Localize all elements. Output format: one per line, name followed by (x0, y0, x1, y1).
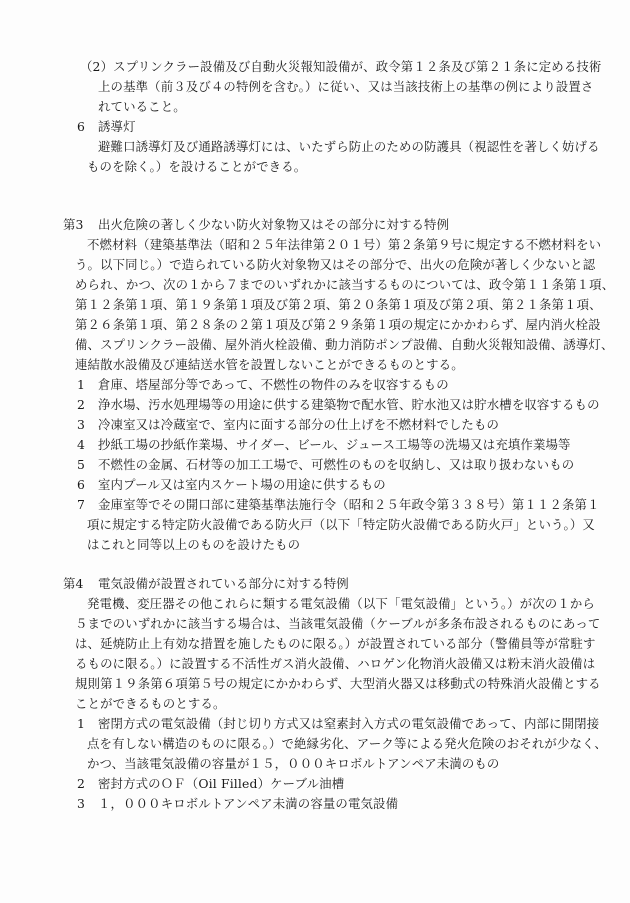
section-3-item-7-line-3: はこれと同等以上のものを設けたもの (87, 537, 300, 553)
section-3-body-line-6: 備、スプリンクラー設備、屋外消火栓設備、動力消防ポンプ設備、自動火災報知設備、誘… (75, 337, 614, 353)
section-4-body-line-5: 規則第１９条第６項第５号の規定にかかわらず、大型消火器又は移動式の特殊消火設備と… (75, 676, 601, 692)
section-3-body-line-5: 第２６条第１項、第２８条の２第１項及び第２９条第１項の規定にかかわらず、屋内消火… (75, 317, 601, 333)
section-6-body-line-2: ものを除く。）を設けることができる。 (87, 159, 306, 175)
section-4-item-2-number: 2 (77, 776, 85, 792)
section-6-title: 誘導灯 (98, 119, 136, 135)
section-3-item-5-text: 不燃性の金属、石材等の加工工場で、可燃性のものを収納し、又は取り扱わないもの (98, 457, 574, 473)
section-4-body-line-6: ことができるものとする。 (75, 696, 226, 712)
section-3-item-4-text: 抄紙工場の抄紙作業場、サイダー、ビール、ジュース工場等の洗場又は充填作業場等 (98, 437, 571, 453)
section-3-item-2-text: 浄水場、汚水処理場等の用途に供する建築物で配水管、貯水池又は貯水槽を収容するもの (98, 397, 600, 413)
section-4-item-1-line-2: 点を有しない構造のものに限る。）で絶縁劣化、アーク等による発火危険のおそれが少な… (87, 736, 607, 752)
section-3-body-line-4: 第１２条第１項、第１９条第１項及び第２項、第２０条第１項及び第２項、第２１条第１… (75, 297, 602, 313)
section-4-body-line-4: るものに限る。）に設置する不活性ガス消火設備、ハロゲン化物消火設備又は粉末消火設… (75, 656, 595, 672)
section-3-item-2-number: 2 (77, 397, 85, 413)
section-3-item-3-number: 3 (77, 417, 85, 433)
section-3-item-4-number: 4 (77, 437, 85, 453)
section-3-number: 第3 (63, 217, 84, 233)
section-3-item-3-text: 冷凍室又は冷蔵室で、室内に面する部分の仕上げを不燃材料でしたもの (98, 417, 499, 433)
section-4-title: 電気設備が設置されている部分に対する特例 (98, 576, 349, 592)
section-3-body-line-7: 連結散水設備及び連結送水管を設置しないことができるものとする。 (75, 357, 464, 373)
section-4-item-2-text: 密封方式のＯＦ（Oil Filled）ケーブル油槽 (98, 776, 344, 792)
section-4-body-line-3: は、延焼防止上有効な措置を施したものに限る。）が設置されている部分（警備員等が常… (75, 636, 596, 652)
section-4-item-1-line-1: 密閉方式の電気設備（封じ切り方式又は窒素封入方式の電気設備であって、内部に開閉接 (98, 716, 599, 732)
section-3-item-7-line-2: 項に規定する特定防火設備である防火戸（以下「特定防火設備である防火戸」という。）… (87, 517, 595, 533)
section-3-item-1-text: 倉庫、塔屋部分等であって、不燃性の物件のみを収容するもの (98, 377, 449, 393)
section-4-body-line-2: ５までのいずれかに該当する場合は、当該電気設備（ケーブルが多条布設されるものにあ… (75, 616, 600, 632)
section-4-body-line-1: 発電機、変圧器その他これらに類する電気設備（以下「電気設備」という。）が次の１か… (87, 596, 595, 612)
section-3-item-6-text: 室内プール又は室内スケート場の用途に供するもの (98, 477, 386, 493)
section-3-body-line-1: 不燃材料（建築基準法（昭和２５年法律第２０１号）第２条第９号に規定する不燃材料を… (87, 237, 601, 253)
section-3-item-5-number: 5 (77, 457, 85, 473)
section-6-number: 6 (77, 119, 85, 135)
section-3-item-6-number: 6 (77, 477, 85, 493)
section-3-item-7-line-1: 金庫室等でその開口部に建築基準法施行令（昭和２５年政令第３３８号）第１１２条第１ (98, 497, 600, 513)
section-6-body-line-1: 避難口誘導灯及び通路誘導灯には、いたずら防止のための防護具（視認性を著しく妨げる (98, 139, 600, 155)
section-4-item-1-line-3: かつ、当該電気設備の容量が１５，０００キロボルトアンペア未満のもの (87, 756, 499, 772)
section-3-body-line-3: められ、かつ、次の１から７までのいずれかに該当するものについては、政令第１１条第… (75, 277, 614, 293)
item-2-line-3: れていること。 (98, 99, 186, 115)
section-4-item-3-number: 3 (77, 796, 85, 812)
section-3-body-line-2: う。以下同じ。）で造られている防火対象物又はその部分で、出火の危険が著しく少ない… (75, 257, 595, 273)
section-4-item-1-number: 1 (77, 716, 85, 732)
section-4-item-3-text: １，０００キロボルトアンペア未満の容量の電気設備 (98, 796, 398, 812)
section-4-number: 第4 (63, 576, 84, 592)
section-3-title: 出火危険の著しく少ない防火対象物又はその部分に対する特例 (98, 217, 449, 233)
document-page: （2）スプリンクラー設備及び自動火災報知設備が、政令第１２条及び第２１条に定める… (0, 0, 630, 903)
item-2-line-1: （2）スプリンクラー設備及び自動火災報知設備が、政令第１２条及び第２１条に定める… (80, 59, 601, 75)
section-3-item-1-number: 1 (77, 377, 85, 393)
section-3-item-7-number: 7 (77, 497, 85, 513)
item-2-line-2: 上の基準（前３及び４の特例を含む。）に従い、又は当該技術上の基準の例により設置さ (98, 79, 593, 95)
